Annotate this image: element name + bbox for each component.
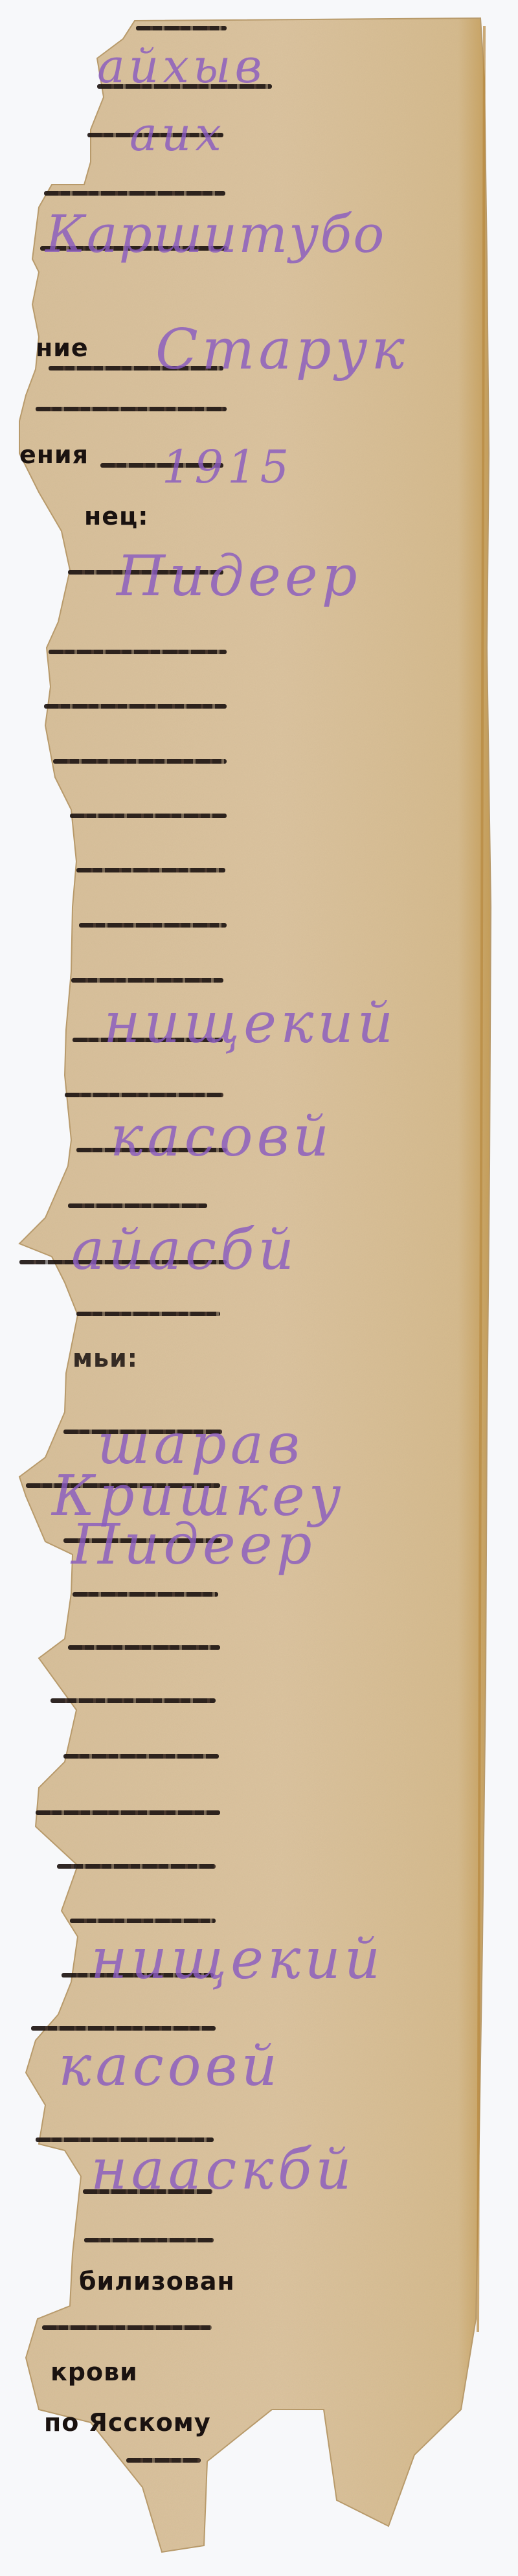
ruled-line bbox=[36, 407, 227, 411]
ruled-line bbox=[68, 1645, 220, 1650]
ruled-line bbox=[70, 1919, 216, 1923]
handwritten-entry: нищекий bbox=[104, 991, 397, 1056]
handwritten-entry: нищекий bbox=[91, 1927, 384, 1992]
handwritten-entry: 1915 bbox=[162, 440, 293, 494]
ruled-line bbox=[76, 868, 225, 872]
ruled-line bbox=[63, 1754, 219, 1759]
printed-label: ние bbox=[36, 334, 89, 362]
handwritten-entry: Старук bbox=[155, 317, 409, 382]
printed-label: по Ясскому bbox=[44, 2408, 211, 2437]
printed-label: крови bbox=[51, 2358, 138, 2386]
printed-label: мьи: bbox=[73, 1344, 138, 1373]
handwritten-entry: касовй bbox=[110, 1104, 333, 1169]
ruled-line bbox=[31, 2026, 216, 2031]
ruled-line bbox=[68, 1203, 207, 1208]
ruled-line bbox=[53, 759, 227, 764]
ruled-line bbox=[57, 1864, 216, 1869]
printed-label: ения bbox=[19, 440, 89, 469]
ruled-line bbox=[42, 2325, 212, 2330]
ruled-line bbox=[49, 650, 227, 654]
handwritten-entry: нааскбй bbox=[91, 2137, 355, 2202]
ruled-line bbox=[126, 2458, 201, 2463]
ruled-line bbox=[76, 1312, 220, 1316]
handwritten-entry: аих bbox=[129, 107, 225, 161]
handwritten-entry: Каршитубо bbox=[45, 204, 385, 264]
ruled-line bbox=[51, 1698, 216, 1703]
ruled-line bbox=[84, 2238, 214, 2242]
ruled-line bbox=[36, 1810, 220, 1815]
ruled-line bbox=[136, 26, 227, 30]
handwritten-entry: Пидеер bbox=[117, 544, 361, 609]
ruled-line bbox=[79, 923, 227, 928]
ruled-line bbox=[44, 191, 225, 196]
handwritten-entry: Пидеер bbox=[71, 1512, 316, 1577]
ruled-line bbox=[73, 1592, 218, 1597]
ruled-line bbox=[44, 704, 227, 709]
handwritten-entry: касовй bbox=[58, 2034, 281, 2099]
ruled-line bbox=[70, 814, 227, 818]
printed-label: билизован bbox=[79, 2267, 235, 2296]
handwritten-entry: айасбй bbox=[71, 1218, 298, 1282]
ruled-line bbox=[65, 1093, 223, 1097]
ruled-line bbox=[71, 978, 223, 983]
document-fragment: ние ения нец: мьи: билизован крови по Яс… bbox=[0, 0, 518, 2576]
handwritten-entry: айхыв bbox=[97, 39, 265, 93]
printed-label: нец: bbox=[84, 502, 148, 530]
